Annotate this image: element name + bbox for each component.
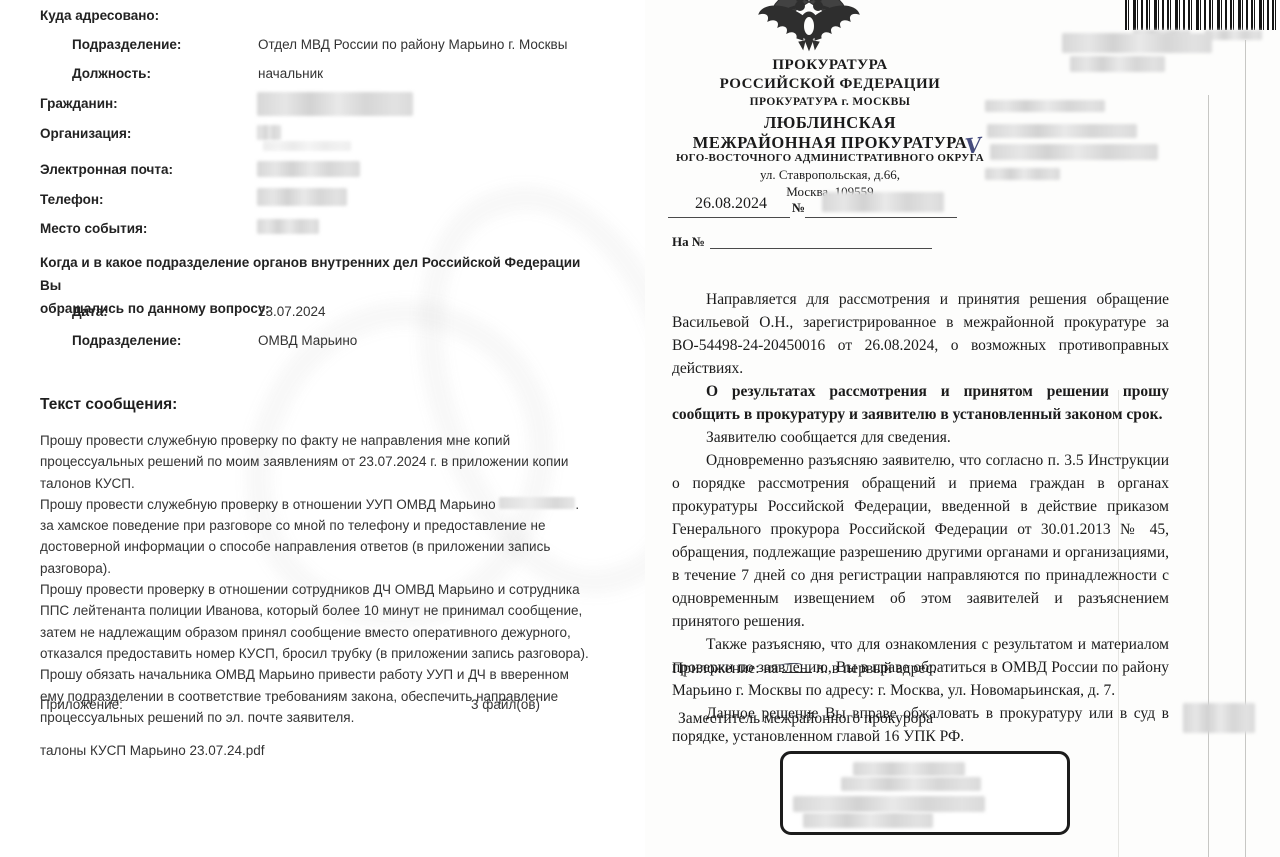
letter-attachment-before: Приложение: на bbox=[672, 660, 779, 677]
form-page: Куда адресовано: Подразделение: Отдел МВ… bbox=[0, 0, 645, 857]
attachment-row: Приложение: 3 файл(ов) bbox=[40, 697, 540, 712]
message-paragraph-2-before: Прошу провести служебную проверку в отно… bbox=[40, 497, 496, 512]
message-paragraph-3: Прошу провести проверку в отношении сотр… bbox=[40, 579, 592, 664]
barcode-icon bbox=[1125, 0, 1280, 30]
redacted-addressee bbox=[1062, 33, 1212, 53]
body-paragraph-1: Направляется для рассмотрения и принятия… bbox=[672, 288, 1169, 380]
org-subheader: ПРОКУРАТУРА г. МОСКВЫ bbox=[705, 96, 955, 108]
number-sign: № bbox=[792, 200, 805, 216]
signature-title: Заместитель межрайонного прокурора bbox=[678, 710, 933, 728]
body-paragraph-2: О результатах рассмотрения и принятом ре… bbox=[672, 380, 1169, 426]
field-label-date: Дата: bbox=[72, 304, 108, 319]
field-value-applied-unit: ОМВД Марьино bbox=[258, 333, 357, 348]
date-underline bbox=[668, 217, 790, 218]
org-name-line2: МЕЖРАЙОННАЯ ПРОКУРАТУРА bbox=[693, 133, 967, 152]
fold-line bbox=[1245, 40, 1246, 857]
form-heading-to: Куда адресовано: bbox=[40, 8, 159, 23]
field-label-phone: Телефон: bbox=[40, 192, 104, 207]
letter-page: ПРОКУРАТУРА РОССИЙСКОЙ ФЕДЕРАЦИИ ПРОКУРА… bbox=[645, 0, 1280, 857]
pen-checkmark: V bbox=[964, 132, 983, 159]
org-line2: РОССИЙСКОЙ ФЕДЕРАЦИИ bbox=[720, 76, 941, 92]
message-paragraph-2: Прошу провести служебную проверку в отно… bbox=[40, 494, 592, 579]
number-underline bbox=[805, 217, 957, 218]
redacted-organization-value bbox=[263, 141, 351, 151]
field-label-unit: Подразделение: bbox=[72, 37, 181, 52]
ref-number-label: На № bbox=[672, 234, 705, 250]
letter-attachment-after: л. в первый адрес. bbox=[816, 660, 936, 677]
redacted-email-value bbox=[257, 161, 360, 177]
field-label-citizen: Гражданин: bbox=[40, 96, 118, 111]
message-heading: Текст сообщения: bbox=[40, 396, 177, 414]
redacted-stamp-text bbox=[841, 777, 981, 791]
body-paragraph-3: Заявителю сообщается для сведения. bbox=[672, 426, 1169, 449]
field-value-unit: Отдел МВД России по району Марьино г. Мо… bbox=[258, 37, 567, 52]
letter-date: 26.08.2024 bbox=[695, 195, 767, 213]
redacted-stamp-text bbox=[793, 796, 985, 812]
field-label-email: Электронная почта: bbox=[40, 162, 173, 177]
coat-of-arms-icon bbox=[753, 0, 865, 52]
redacted-signer-name bbox=[1183, 703, 1255, 733]
redacted-organization-value bbox=[257, 125, 281, 140]
attachment-file-name: талоны КУСП Марьино 23.07.24.pdf bbox=[40, 743, 265, 758]
registration-stamp-box bbox=[780, 751, 1070, 835]
redacted-citizen-value bbox=[257, 92, 413, 116]
field-label-applied-unit: Подразделение: bbox=[72, 333, 181, 348]
redacted-addressee bbox=[1070, 56, 1165, 72]
body-paragraph-4: Одновременно разъясняю заявителю, что со… bbox=[672, 449, 1169, 633]
field-label-position: Должность: bbox=[72, 66, 151, 81]
attachment-label: Приложение: bbox=[40, 697, 123, 712]
message-paragraph-1: Прошу провести служебную проверку по фак… bbox=[40, 430, 592, 494]
org-line1: ПРОКУРАТУРА bbox=[772, 57, 887, 73]
org-address-line1: ул. Ставропольская, д.66, bbox=[760, 167, 900, 182]
field-value-position: начальник bbox=[258, 66, 323, 81]
org-header: ПРОКУРАТУРА РОССИЙСКОЙ ФЕДЕРАЦИИ bbox=[705, 56, 955, 94]
redacted-addressee bbox=[985, 100, 1105, 112]
org-name: ЛЮБЛИНСКАЯ МЕЖРАЙОННАЯ ПРОКУРАТУРА bbox=[680, 113, 980, 153]
fold-line bbox=[1208, 95, 1209, 857]
letter-body: Направляется для рассмотрения и принятия… bbox=[672, 288, 1169, 748]
org-name-line1: ЛЮБЛИНСКАЯ bbox=[764, 113, 896, 132]
field-label-place: Место события: bbox=[40, 221, 147, 236]
letter-attachment-line: Приложение: на л. в первый адрес. bbox=[672, 660, 936, 678]
attachment-count: 3 файл(ов) bbox=[471, 697, 540, 712]
message-text: Прошу провести служебную проверку по фак… bbox=[40, 430, 592, 728]
redacted-addressee bbox=[990, 144, 1158, 160]
redacted-officer-name bbox=[499, 497, 575, 509]
redacted-phone-value bbox=[257, 188, 347, 206]
redacted-place-value bbox=[257, 219, 319, 234]
ref-underline bbox=[710, 248, 932, 249]
redacted-addressee bbox=[985, 168, 1060, 180]
redacted-barcode-digits bbox=[1205, 30, 1262, 40]
field-label-organization: Организация: bbox=[40, 126, 131, 141]
redacted-addressee bbox=[987, 124, 1137, 138]
redacted-outgoing-number bbox=[822, 192, 944, 212]
form-question-line1: Когда и в какое подразделение органов вн… bbox=[40, 255, 580, 293]
redacted-stamp-text bbox=[853, 762, 965, 776]
org-okrug: ЮГО-ВОСТОЧНОГО АДМИНИСТРАТИВНОГО ОКРУГА bbox=[670, 152, 990, 164]
field-value-date: 23.07.2024 bbox=[258, 304, 326, 319]
redacted-stamp-text bbox=[803, 813, 933, 828]
